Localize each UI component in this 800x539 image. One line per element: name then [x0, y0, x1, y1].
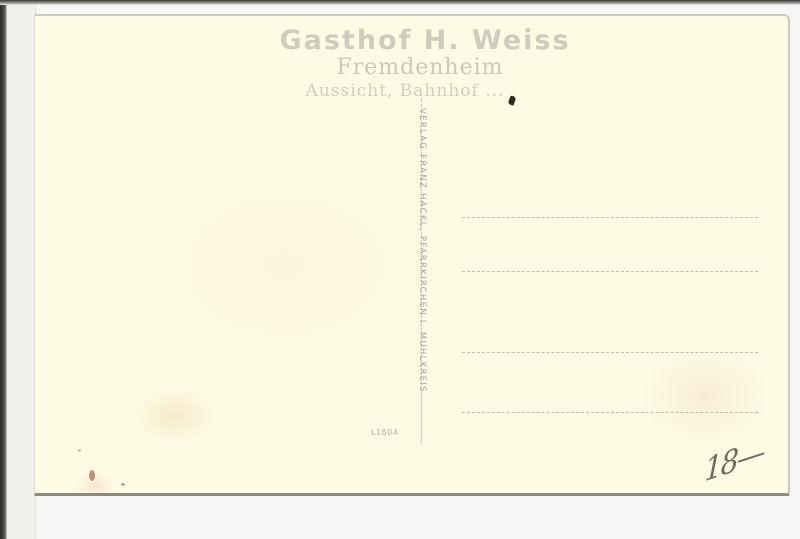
ink-mark	[508, 95, 517, 106]
scan-edge-left	[0, 0, 7, 539]
stain-spot	[78, 449, 81, 452]
background-paper-strip	[7, 5, 36, 539]
handwritten-price-note: 18—	[704, 433, 764, 489]
stamp-line-1: Gasthof H. Weiss	[265, 26, 585, 56]
address-line-2	[462, 271, 758, 272]
postcard-back: Gasthof H. Weiss Fremdenheim Aussicht, B…	[34, 14, 790, 496]
address-line-4	[462, 412, 758, 413]
stamp-line-2: Fremdenheim	[255, 56, 585, 80]
stamp-line-3: Aussicht, Bahnhof ...	[225, 80, 585, 102]
stain-spot	[121, 483, 125, 486]
stain-spot	[89, 470, 95, 481]
address-line-1	[462, 217, 758, 218]
publisher-imprint: VERLAG FRANZ HACKL, PFARRKIRCHEN I. MÜHL…	[413, 108, 427, 408]
serial-number: L1604	[371, 428, 398, 437]
address-line-3	[462, 352, 758, 353]
scan-edge-top	[0, 0, 800, 5]
faded-rubber-stamp: Gasthof H. Weiss Fremdenheim Aussicht, B…	[265, 26, 585, 102]
